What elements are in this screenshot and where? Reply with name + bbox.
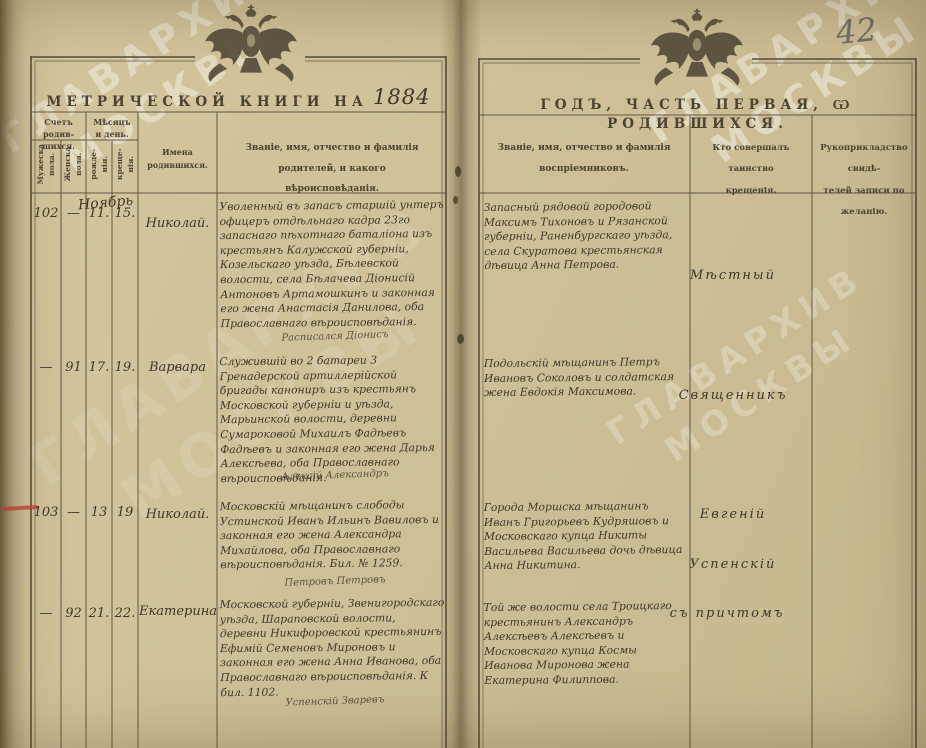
record-child-name: Варвара: [139, 360, 216, 375]
col-header-day-born: рожде- нія.: [88, 139, 111, 189]
left-title-printed: МЕТРИЧЕСКОЙ КНИГИ НА: [47, 94, 368, 110]
record-number-female: 92: [61, 606, 86, 621]
record-parents-entry: Московскій мѣщанинъ слободы Устинской Ив…: [220, 498, 447, 573]
record-day-born: 13: [86, 505, 112, 520]
col-header-female: Женска пола.: [62, 139, 85, 189]
record-officiant-entry: Священникъ: [658, 388, 808, 403]
page-number: 42: [834, 10, 878, 52]
record-day-baptized: 19.: [112, 360, 138, 375]
imperial-eagle-icon: [196, 4, 306, 88]
record-number-female: —: [61, 505, 86, 520]
record-day-born: 11.: [86, 206, 112, 221]
record-number-male: 102: [31, 206, 61, 221]
col-header-parents: Званіе, имя, отчество и фамилія родителе…: [220, 138, 444, 200]
record-parents-entry: Московской губерніи, Звенигородскаго уѣз…: [219, 596, 446, 701]
col-header-month-group: Мѣсяцъ и день.: [86, 116, 138, 140]
col-header-witnesses: Рукоприкладство свидѣ- телей записи по ж…: [814, 138, 914, 223]
record-godparents-entry: Запасный рядовой городовой Максимъ Тихон…: [484, 199, 687, 274]
record-child-name: Николай.: [139, 216, 216, 231]
col-header-godparents: Званіе, имя, отчество и фамилія воспріем…: [484, 138, 684, 179]
record-day-baptized: 22.: [112, 606, 138, 621]
record-number-female: —: [61, 206, 86, 221]
record-godparents-entry: Подольскій мѣщанинъ Петръ Ивановъ Соколо…: [484, 355, 686, 401]
left-page-title: МЕТРИЧЕСКОЙ КНИГИ НА 1884: [31, 87, 446, 111]
record-number-male: —: [31, 606, 61, 621]
col-header-male: Мужеска пола.: [35, 139, 58, 189]
record-godparents-entry: Города Моршска мѣщанинъ Иванъ Григорьевъ…: [484, 499, 687, 574]
record-child-name: Николай.: [139, 507, 216, 522]
record-officiant-entry: Мѣстный: [658, 268, 808, 283]
record-officiant-entry: Евгеній Успенскій: [658, 490, 808, 590]
record-child-name: Екатерина: [139, 604, 216, 619]
right-page-title: ГОДЪ, ЧАСТЬ ПЕРВАЯ, Ѡ РОДИВШИХСЯ.: [479, 94, 916, 132]
imperial-eagle-icon: [642, 8, 752, 92]
col-header-day-baptized: креще- нія.: [114, 139, 137, 189]
record-day-baptized: 19: [112, 505, 138, 520]
right-title-printed: ГОДЪ, ЧАСТЬ ПЕРВАЯ, Ѡ РОДИВШИХСЯ.: [540, 97, 854, 132]
record-day-baptized: 15.: [112, 206, 138, 221]
left-title-year-handwritten: 1884: [373, 85, 430, 109]
col-header-names: Имена родившихся.: [138, 146, 217, 172]
record-day-born: 21.: [86, 606, 112, 621]
record-officiant-entry: съ причтомъ: [652, 606, 802, 621]
col-header-officiant: Кто совершалъ таинство крещенія.: [692, 138, 810, 202]
record-number-male: —: [31, 360, 61, 375]
metrical-book-spread: ГЛАВАРХИВ МОСКВЫ ГЛАВАРХИВ МОСКВЫ ГЛАВАР…: [0, 0, 926, 748]
record-number-female: 91: [61, 360, 86, 375]
record-parents-entry: Уволенный въ запасъ старшій унтеръ офице…: [219, 198, 446, 332]
record-day-born: 17.: [86, 360, 112, 375]
record-number-male: 103: [31, 505, 61, 520]
